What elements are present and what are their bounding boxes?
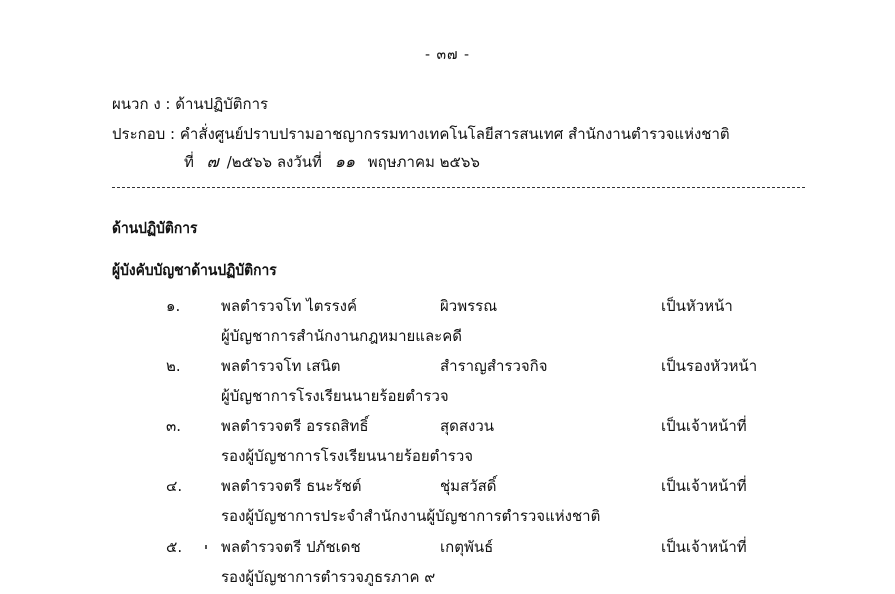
page-number: - ๓๗ -: [0, 44, 895, 66]
subsection-title: ผู้บังคับบัญชาด้านปฏิบัติการ: [112, 258, 277, 282]
entry-number: ๕.: [166, 535, 182, 559]
attachment-line: ประกอบ : คำสั่งศูนย์ปราบปรามอาชญากรรมทาง…: [112, 122, 730, 146]
entry-rank-name: พลตำรวจตรี ปภัชเดช: [221, 535, 361, 559]
annex-label: ผนวก ง : ด้านปฏิบัติการ: [112, 92, 268, 116]
entry-position: ผู้บัญชาการโรงเรียนนายร้อยตำรวจ: [221, 384, 449, 408]
entry-role: เป็นเจ้าหน้าที่: [661, 414, 747, 438]
entry-number: ๔.: [166, 474, 182, 498]
dated-label: ลงวันที่: [277, 153, 322, 171]
entry-rank-name: พลตำรวจโท ไตรรงค์: [221, 294, 357, 318]
order-reference: ที่ ๗/๒๕๖๖ ลงวันที่ ๑๑ พฤษภาคม ๒๕๖๖: [184, 150, 480, 175]
entry-role: เป็นเจ้าหน้าที่: [661, 535, 747, 559]
entry-number: ๓.: [166, 414, 181, 438]
order-no-handwritten: ๗: [207, 152, 219, 171]
entry-rank-name: พลตำรวจตรี อรรถสิทธิ์: [221, 414, 368, 438]
attachment-title: คำสั่งศูนย์ปราบปรามอาชญากรรมทางเทคโนโลยี…: [180, 125, 730, 143]
entry-position: รองผู้บัญชาการประจำสำนักงานผู้บัญชาการตำ…: [221, 504, 600, 528]
entry-surname: สุดสงวน: [440, 414, 494, 438]
scan-speck: [205, 545, 207, 549]
attachment-prefix: ประกอบ :: [112, 125, 175, 143]
month-year: พฤษภาคม ๒๕๖๖: [368, 153, 480, 171]
order-year: /๒๕๖๖: [227, 153, 272, 171]
entry-position: รองผู้บัญชาการตำรวจภูธรภาค ๙: [221, 565, 435, 589]
entry-surname: ชุ่มสวัสดิ์: [440, 474, 497, 498]
entry-number: ๒.: [166, 354, 181, 378]
entry-surname: สำราญสำรวจกิจ: [440, 354, 548, 378]
entry-number: ๑.: [166, 294, 180, 318]
entry-role: เป็นหัวหน้า: [661, 294, 733, 318]
entry-rank-name: พลตำรวจตรี ธนะรัชต์: [221, 474, 362, 498]
entry-role: เป็นรองหัวหน้า: [661, 354, 757, 378]
separator-line: [112, 187, 805, 188]
day-handwritten: ๑๑: [335, 152, 355, 171]
entry-surname: ผิวพรรณ: [440, 294, 497, 318]
entry-surname: เกตุพันธ์: [440, 535, 493, 559]
entry-position: ผู้บัญชาการสำนักงานกฎหมายและคดี: [221, 324, 462, 348]
entry-rank-name: พลตำรวจโท เสนิต: [221, 354, 341, 378]
section-title: ด้านปฏิบัติการ: [112, 216, 197, 240]
order-no-label: ที่: [184, 153, 194, 171]
entry-position: รองผู้บัญชาการโรงเรียนนายร้อยตำรวจ: [221, 444, 473, 468]
entry-role: เป็นเจ้าหน้าที่: [661, 474, 747, 498]
